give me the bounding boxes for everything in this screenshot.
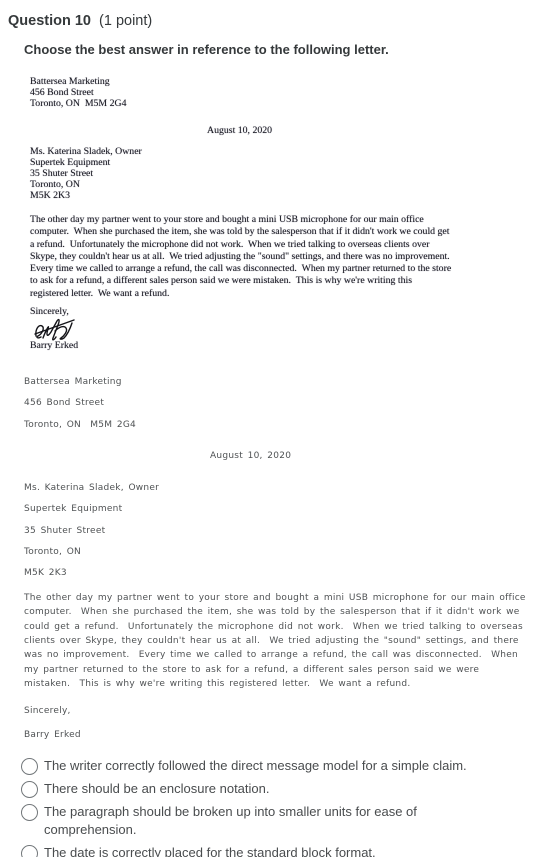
scan-letter-body: The other day my partner went to your st… (30, 214, 535, 300)
answer-option-2[interactable]: There should be an enclosure notation. (21, 780, 556, 798)
option-label: The writer correctly followed the direct… (44, 757, 467, 775)
question-points: (1 point) (99, 13, 152, 29)
answer-option-4[interactable]: The date is correctly placed for the sta… (21, 844, 556, 857)
text-recipient-address: Ms. Katerina Sladek, Owner Supertek Equi… (24, 478, 556, 585)
question-title: Question 10 (8, 13, 91, 29)
question-header: Question 10 (1 point) (8, 13, 556, 29)
option-label: The paragraph should be broken up into s… (44, 803, 417, 839)
scan-recipient-address: Ms. Katerina Sladek, Owner Supertek Equi… (30, 146, 556, 201)
answer-option-3[interactable]: The paragraph should be broken up into s… (21, 803, 556, 839)
radio-button-icon[interactable] (21, 845, 38, 857)
answer-option-1[interactable]: The writer correctly followed the direct… (21, 757, 556, 775)
scan-date: August 10, 2020 (30, 125, 556, 136)
radio-button-icon[interactable] (21, 804, 38, 821)
scan-sender-address: Battersea Marketing 456 Bond Street Toro… (30, 76, 556, 109)
radio-button-icon[interactable] (21, 758, 38, 775)
letter-scan-image: Battersea Marketing 456 Bond Street Toro… (30, 76, 556, 351)
question-prompt: Choose the best answer in reference to t… (24, 42, 556, 57)
text-sender-address: Battersea Marketing 456 Bond Street Toro… (24, 372, 556, 436)
option-label: The date is correctly placed for the sta… (44, 844, 376, 857)
text-closing: Sincerely, (24, 704, 556, 718)
scan-closing: Sincerely, (30, 306, 556, 317)
letter-transcription: Battersea Marketing 456 Bond Street Toro… (24, 372, 556, 742)
text-date: August 10, 2020 (24, 446, 556, 467)
text-signer-name: Barry Erked (24, 728, 556, 742)
option-label: There should be an enclosure notation. (44, 780, 270, 798)
scan-signer-name: Barry Erked (30, 340, 556, 351)
text-letter-body: The other day my partner went to your st… (24, 591, 534, 692)
radio-button-icon[interactable] (21, 781, 38, 798)
answer-options: The writer correctly followed the direct… (21, 757, 556, 857)
